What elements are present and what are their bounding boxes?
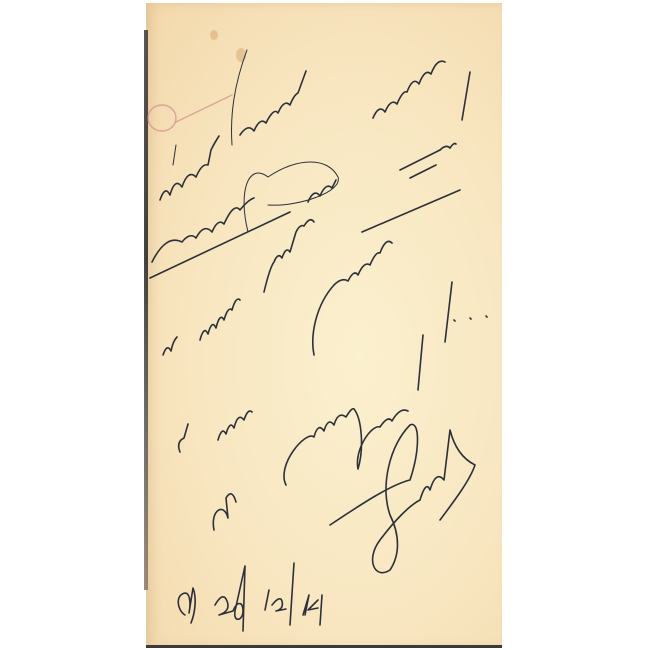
date-line [178,588,195,623]
handwriting-line-3b [373,61,445,118]
red-stamp-mark [148,95,232,131]
circle-mark [244,162,338,232]
dash-mark-2 [362,190,460,232]
handwriting-layer [0,0,650,650]
handwriting-line-1 [160,136,219,200]
handwriting-line-5 [179,424,188,452]
exclamation-stroke [445,282,452,342]
handwriting-line-6 [213,494,236,530]
signature [330,424,475,572]
dash-mark [400,150,440,178]
handwriting-line-4 [163,337,177,355]
handwriting-line-1b [240,71,306,135]
